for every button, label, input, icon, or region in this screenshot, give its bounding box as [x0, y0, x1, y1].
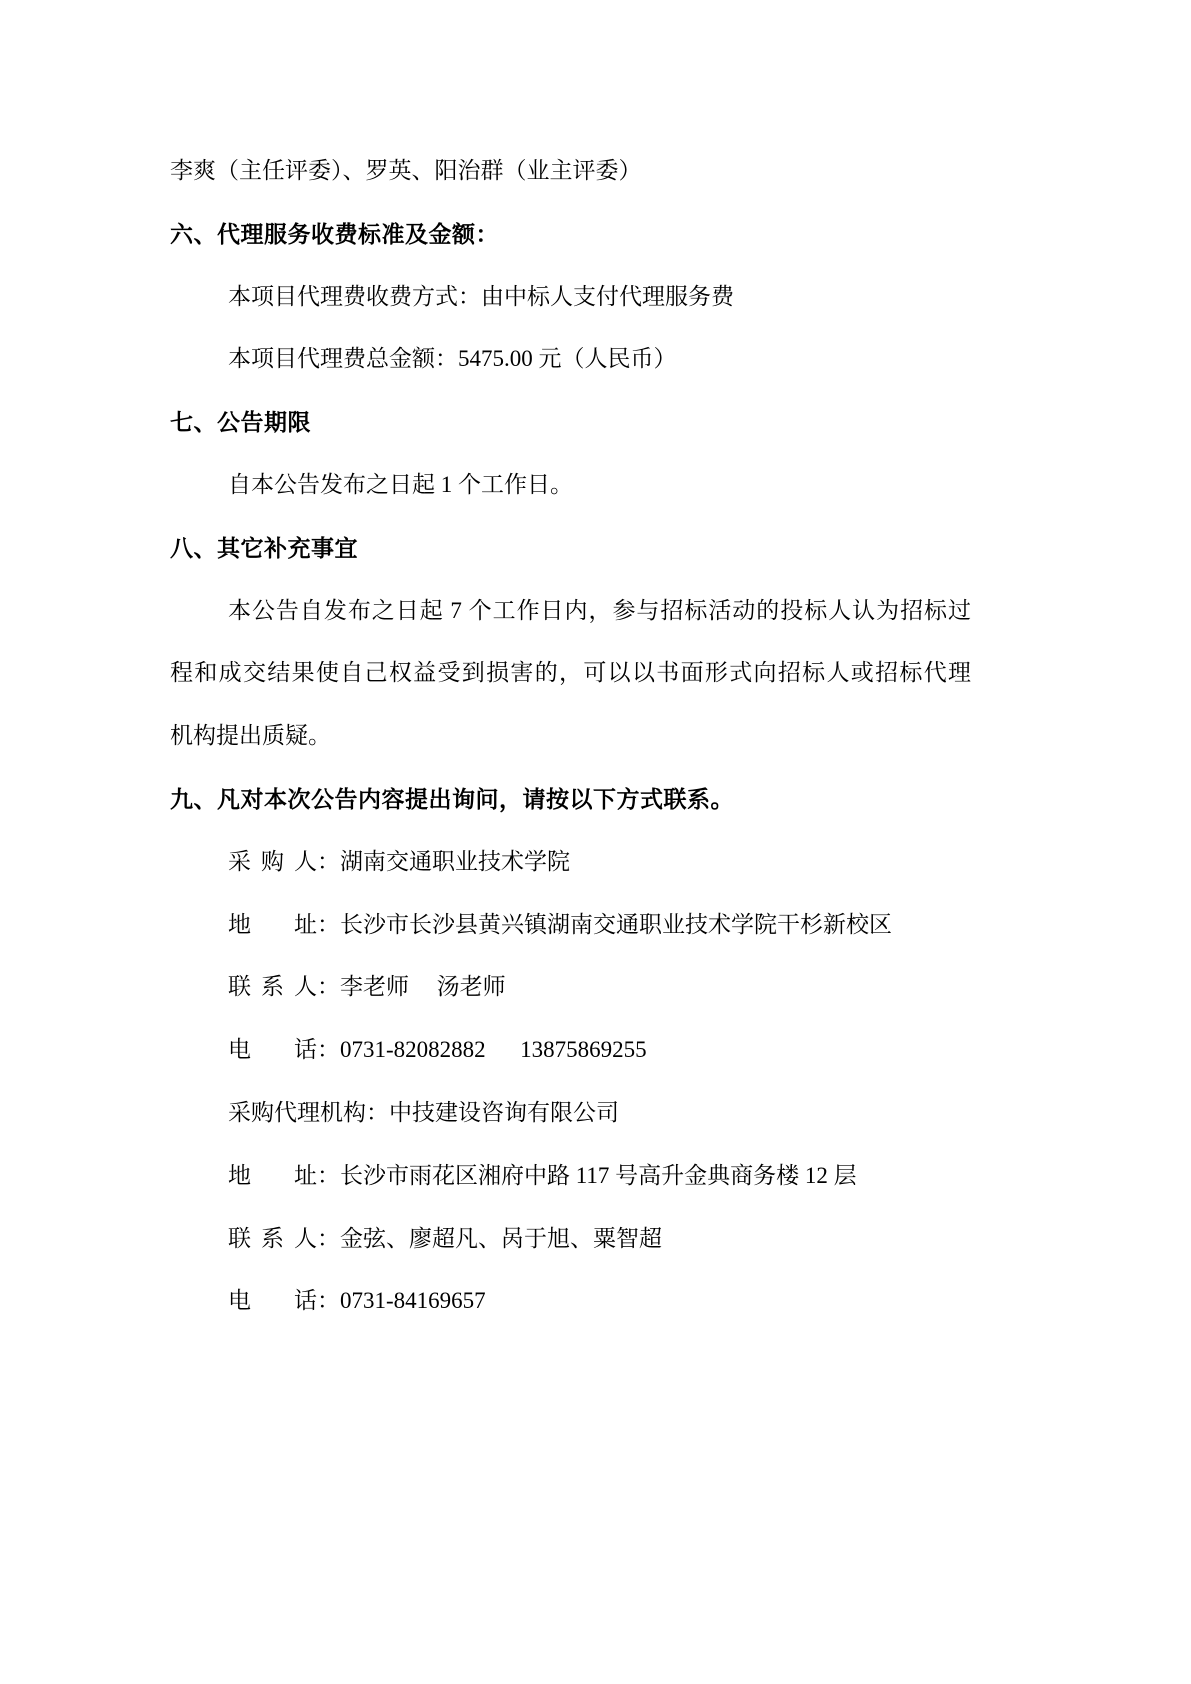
agency-contact-colon: ： — [317, 1226, 340, 1251]
agency-contact-line: 联系人：金弦、廖超凡、呙于旭、粟智超 — [170, 1208, 971, 1271]
purchaser-colon: ： — [317, 849, 340, 874]
evaluators-line: 李爽（主任评委）、罗英、阳治群（业主评委） — [170, 140, 971, 203]
document-page: 李爽（主任评委）、罗英、阳治群（业主评委） 六、代理服务收费标准及金额： 本项目… — [0, 0, 1191, 1684]
agency-address-label: 地址 — [228, 1145, 317, 1208]
agency-phone-line: 电话：0731-84169657 — [170, 1270, 971, 1333]
supplement-line-1: 本公告自发布之日起 7 个工作日内，参与招标活动的投标人认为招标过 — [170, 580, 971, 643]
agency-contact-label: 联系人 — [228, 1208, 317, 1271]
purchaser-phone-label: 电话 — [228, 1019, 317, 1082]
purchaser-address-value: 长沙市长沙县黄兴镇湖南交通职业技术学院干杉新校区 — [340, 912, 892, 937]
agency-address-line: 地址：长沙市雨花区湘府中路 117 号高升金典商务楼 12 层 — [170, 1145, 971, 1208]
announcement-body: 李爽（主任评委）、罗英、阳治群（业主评委） 六、代理服务收费标准及金额： 本项目… — [170, 140, 971, 1333]
purchaser-contact-value: 李老师 汤老师 — [340, 974, 506, 999]
purchaser-contact-label: 联系人 — [228, 956, 317, 1019]
purchaser-value: 湖南交通职业技术学院 — [340, 849, 570, 874]
agency-fee-total-line: 本项目代理费总金额：5475.00 元（人民币） — [170, 328, 971, 391]
purchaser-label: 采购人 — [228, 831, 317, 894]
supplement-line-3: 机构提出质疑。 — [170, 705, 971, 768]
purchaser-address-label: 地址 — [228, 894, 317, 957]
agency-phone-label: 电话 — [228, 1270, 317, 1333]
agency-line: 采购代理机构：中技建设咨询有限公司 — [170, 1082, 971, 1145]
agency-address-colon: ： — [317, 1163, 340, 1188]
announcement-period-line: 自本公告发布之日起 1 个工作日。 — [170, 454, 971, 517]
agency-address-value: 长沙市雨花区湘府中路 117 号高升金典商务楼 12 层 — [340, 1163, 857, 1188]
purchaser-address-colon: ： — [317, 912, 340, 937]
purchaser-phone-value: 0731-82082882 13875869255 — [340, 1037, 647, 1062]
section-8-heading: 八、其它补充事宜 — [170, 517, 971, 580]
purchaser-address-line: 地址：长沙市长沙县黄兴镇湖南交通职业技术学院干杉新校区 — [170, 894, 971, 957]
supplement-line-2: 程和成交结果使自己权益受到损害的，可以以书面形式向招标人或招标代理 — [170, 642, 971, 705]
section-9-heading: 九、凡对本次公告内容提出询问，请按以下方式联系。 — [170, 768, 971, 831]
section-6-heading: 六、代理服务收费标准及金额： — [170, 203, 971, 266]
agency-phone-colon: ： — [317, 1288, 340, 1313]
purchaser-phone-colon: ： — [317, 1037, 340, 1062]
agency-phone-value: 0731-84169657 — [340, 1288, 486, 1313]
purchaser-contact-colon: ： — [317, 974, 340, 999]
section-7-heading: 七、公告期限 — [170, 391, 971, 454]
agency-fee-method-line: 本项目代理费收费方式：由中标人支付代理服务费 — [170, 266, 971, 329]
purchaser-line: 采购人：湖南交通职业技术学院 — [170, 831, 971, 894]
agency-contact-value: 金弦、廖超凡、呙于旭、粟智超 — [340, 1226, 662, 1251]
purchaser-phone-line: 电话：0731-82082882 13875869255 — [170, 1019, 971, 1082]
purchaser-contact-line: 联系人：李老师 汤老师 — [170, 956, 971, 1019]
